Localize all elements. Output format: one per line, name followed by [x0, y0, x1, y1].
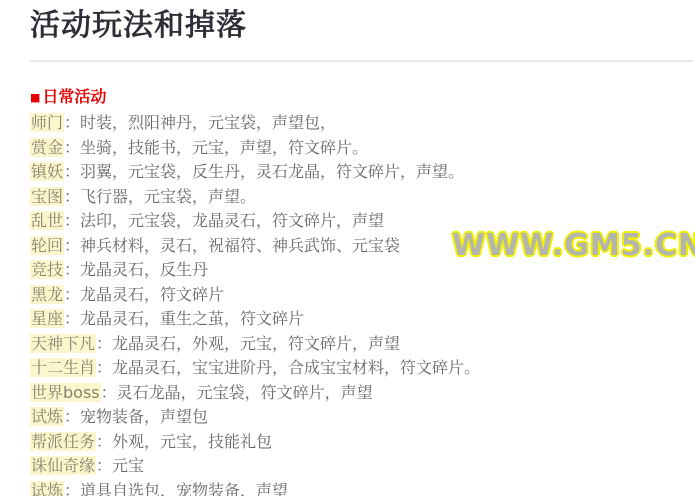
list-item: 师门：时装，烈阳神丹，元宝袋，声望包，	[30, 111, 695, 136]
activity-name: 师门	[30, 113, 64, 132]
separator: ：	[64, 260, 80, 279]
article-page: 活动玩法和掉落 ■ 日常活动 师门：时装，烈阳神丹，元宝袋，声望包， 赏金：坐骑…	[0, 0, 695, 496]
activity-name: 诛仙奇缘	[30, 456, 96, 475]
activity-drops: 龙晶灵石，反生丹	[80, 260, 208, 279]
activity-name: 十二生肖	[30, 358, 96, 377]
activity-drops: 元宝	[112, 456, 144, 475]
list-item: 试炼：道具自选包，宠物装备，声望	[30, 479, 695, 496]
activity-name: 黑龙	[30, 285, 64, 304]
activity-drops: 龙晶灵石，宝宝进阶丹，合成宝宝材料，符文碎片。	[112, 358, 480, 377]
list-item: 十二生肖：龙晶灵石，宝宝进阶丹，合成宝宝材料，符文碎片。	[30, 356, 695, 381]
activity-drops: 法印，元宝袋，龙晶灵石，符文碎片，声望	[80, 211, 384, 230]
activity-name: 镇妖	[30, 162, 64, 181]
activity-name: 帮派任务	[30, 432, 96, 451]
list-item: 宝图：飞行器，元宝袋，声望。	[30, 185, 695, 210]
page-title: 活动玩法和掉落	[30, 8, 695, 44]
activity-drops: 道具自选包，宠物装备，声望	[80, 481, 288, 496]
list-item: 试炼：宠物装备，声望包	[30, 405, 695, 430]
list-item: 世界boss：灵石龙晶，元宝袋，符文碎片，声望	[30, 381, 695, 406]
activity-list: 师门：时装，烈阳神丹，元宝袋，声望包， 赏金：坐骑，技能书，元宝，声望，符文碎片…	[30, 111, 695, 496]
activity-name: 世界boss	[30, 383, 101, 402]
activity-drops: 宠物装备，声望包	[80, 407, 208, 426]
list-item: 轮回：神兵材料，灵石，祝福符、神兵武饰、元宝袋	[30, 234, 695, 259]
activity-name: 乱世	[30, 211, 64, 230]
activity-name: 宝图	[30, 187, 64, 206]
separator: ：	[64, 309, 80, 328]
title-divider	[30, 60, 693, 62]
separator: ：	[64, 481, 80, 496]
list-item: 天神下凡：龙晶灵石，外观，元宝，符文碎片，声望	[30, 332, 695, 357]
activity-drops: 羽翼，元宝袋，反生丹，灵石龙晶，符文碎片，声望。	[80, 162, 464, 181]
activity-drops: 神兵材料，灵石，祝福符、神兵武饰、元宝袋	[80, 236, 400, 255]
activity-drops: 时装，烈阳神丹，元宝袋，声望包，	[80, 113, 336, 132]
activity-drops: 龙晶灵石，符文碎片	[80, 285, 224, 304]
separator: ：	[64, 236, 80, 255]
activity-drops: 龙晶灵石，重生之茧，符文碎片	[80, 309, 304, 328]
separator: ：	[64, 407, 80, 426]
activity-name: 轮回	[30, 236, 64, 255]
section-heading: ■ 日常活动	[30, 88, 695, 106]
separator: ：	[64, 187, 80, 206]
list-item: 乱世：法印，元宝袋，龙晶灵石，符文碎片，声望	[30, 209, 695, 234]
separator: ：	[96, 456, 112, 475]
activity-drops: 龙晶灵石，外观，元宝，符文碎片，声望	[112, 334, 400, 353]
activity-name: 竞技	[30, 260, 64, 279]
list-item: 镇妖：羽翼，元宝袋，反生丹，灵石龙晶，符文碎片，声望。	[30, 160, 695, 185]
activity-name: 赏金	[30, 138, 64, 157]
list-item: 帮派任务：外观，元宝，技能礼包	[30, 430, 695, 455]
separator: ：	[64, 211, 80, 230]
activity-name: 星座	[30, 309, 64, 328]
section-heading-label: 日常活动	[42, 88, 106, 106]
separator: ：	[96, 358, 112, 377]
activity-drops: 灵石龙晶，元宝袋，符文碎片，声望	[117, 383, 373, 402]
separator: ：	[64, 285, 80, 304]
separator: ：	[101, 383, 117, 402]
separator: ：	[64, 162, 80, 181]
list-item: 诛仙奇缘：元宝	[30, 454, 695, 479]
activity-name: 天神下凡	[30, 334, 96, 353]
separator: ：	[96, 334, 112, 353]
separator: ：	[96, 432, 112, 451]
activity-name: 试炼	[30, 481, 64, 496]
activity-drops: 飞行器，元宝袋，声望。	[80, 187, 256, 206]
activity-drops: 坐骑，技能书，元宝，声望，符文碎片。	[80, 138, 368, 157]
square-bullet-icon: ■	[30, 92, 40, 103]
list-item: 黑龙：龙晶灵石，符文碎片	[30, 283, 695, 308]
activity-drops: 外观，元宝，技能礼包	[112, 432, 272, 451]
list-item: 竞技：龙晶灵石，反生丹	[30, 258, 695, 283]
separator: ：	[64, 113, 80, 132]
separator: ：	[64, 138, 80, 157]
list-item: 赏金：坐骑，技能书，元宝，声望，符文碎片。	[30, 136, 695, 161]
activity-name: 试炼	[30, 407, 64, 426]
list-item: 星座：龙晶灵石，重生之茧，符文碎片	[30, 307, 695, 332]
